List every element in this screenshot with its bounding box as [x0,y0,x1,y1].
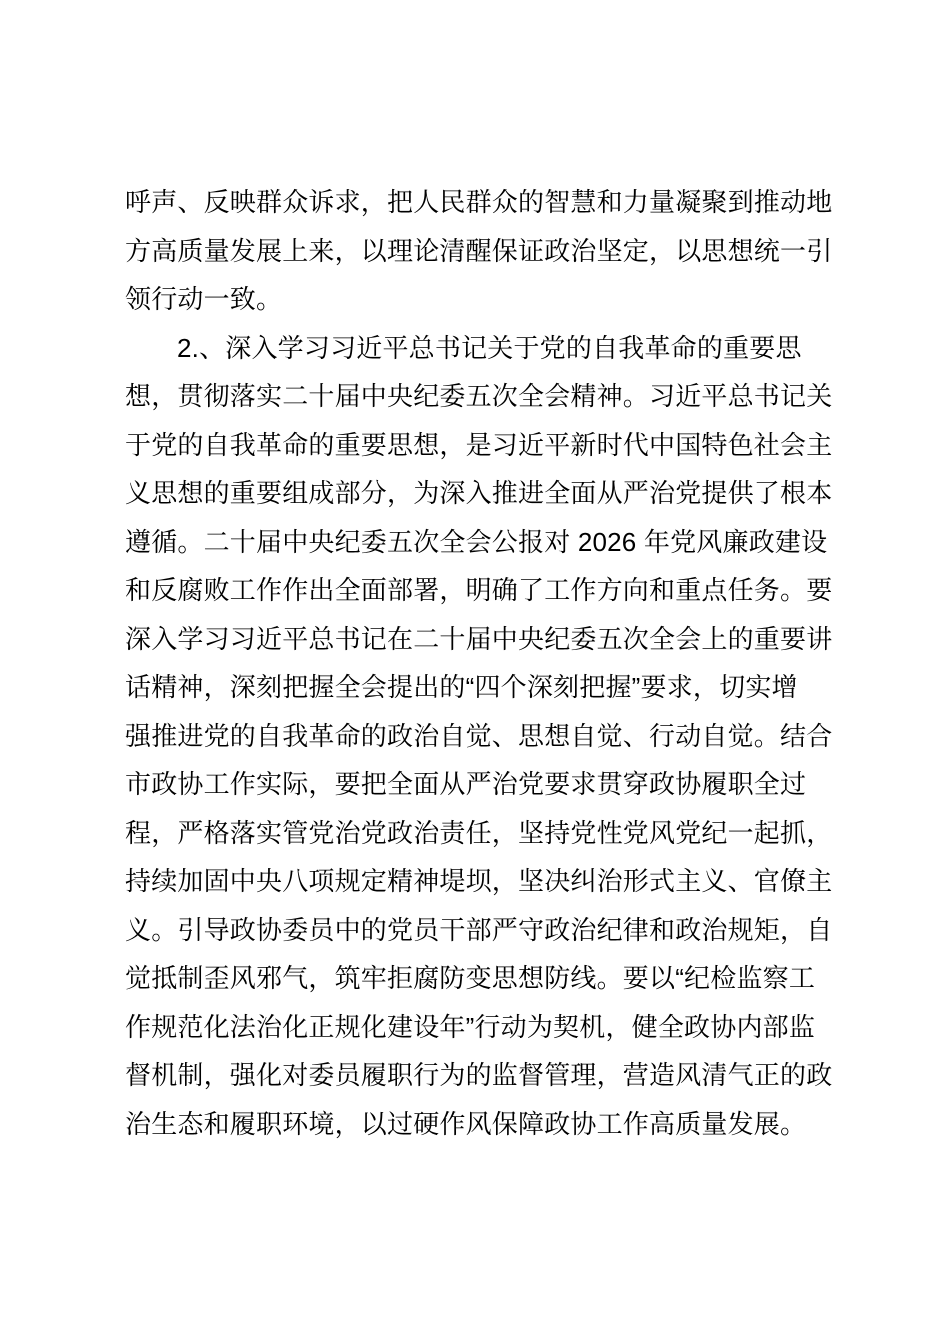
text-line: 于党的自我革命的重要思想，是习近平新时代中国特色社会主 [125,421,830,470]
text-line: 义。引导政协委员中的党员干部严守政治纪律和政治规矩，自 [125,906,830,955]
text-line: 和反腐败工作作出全面部署，明确了工作方向和重点任务。要 [125,566,830,615]
paragraph-continuation: 呼声、反映群众诉求，把人民群众的智慧和力量凝聚到推动地 方高质量发展上来，以理论… [125,178,830,324]
text-line: 领行动一致。 [125,275,830,324]
document-page: 呼声、反映群众诉求，把人民群众的智慧和力量凝聚到推动地 方高质量发展上来，以理论… [0,0,950,1344]
text-line: 想，贯彻落实二十届中央纪委五次全会精神。习近平总书记关 [125,372,830,421]
text-line: 督机制，强化对委员履职行为的监督管理，营造风清气正的政 [125,1051,830,1100]
text-line: 呼声、反映群众诉求，把人民群众的智慧和力量凝聚到推动地 [125,178,830,227]
text-line: 方高质量发展上来，以理论清醒保证政治坚定，以思想统一引 [125,227,830,276]
text-line: 深入学习习近平总书记在二十届中央纪委五次全会上的重要讲 [125,615,830,664]
text-line: 市政协工作实际，要把全面从严治党要求贯穿政协履职全过 [125,760,830,809]
text-line: 作规范化法治化正规化建设年”行动为契机，健全政协内部监 [125,1003,830,1052]
text-line: 持续加固中央八项规定精神堤坝，坚决纠治形式主义、官僚主 [125,857,830,906]
text-line: 治生态和履职环境，以过硬作风保障政协工作高质量发展。 [125,1100,830,1149]
text-line: 2.、深入学习习近平总书记关于党的自我革命的重要思 [125,324,830,373]
text-line: 遵循。二十届中央纪委五次全会公报对 2026 年党风廉政建设 [125,518,830,567]
text-line: 强推进党的自我革命的政治自觉、思想自觉、行动自觉。结合 [125,712,830,761]
text-line: 话精神，深刻把握全会提出的“四个深刻把握”要求，切实增 [125,663,830,712]
paragraph-item-2: 2.、深入学习习近平总书记关于党的自我革命的重要思 想，贯彻落实二十届中央纪委五… [125,324,830,1149]
text-line: 程，严格落实管党治党政治责任，坚持党性党风党纪一起抓， [125,809,830,858]
document-text-block: 呼声、反映群众诉求，把人民群众的智慧和力量凝聚到推动地 方高质量发展上来，以理论… [125,178,830,1148]
text-line: 觉抵制歪风邪气，筑牢拒腐防变思想防线。要以“纪检监察工 [125,954,830,1003]
text-line: 义思想的重要组成部分，为深入推进全面从严治党提供了根本 [125,469,830,518]
